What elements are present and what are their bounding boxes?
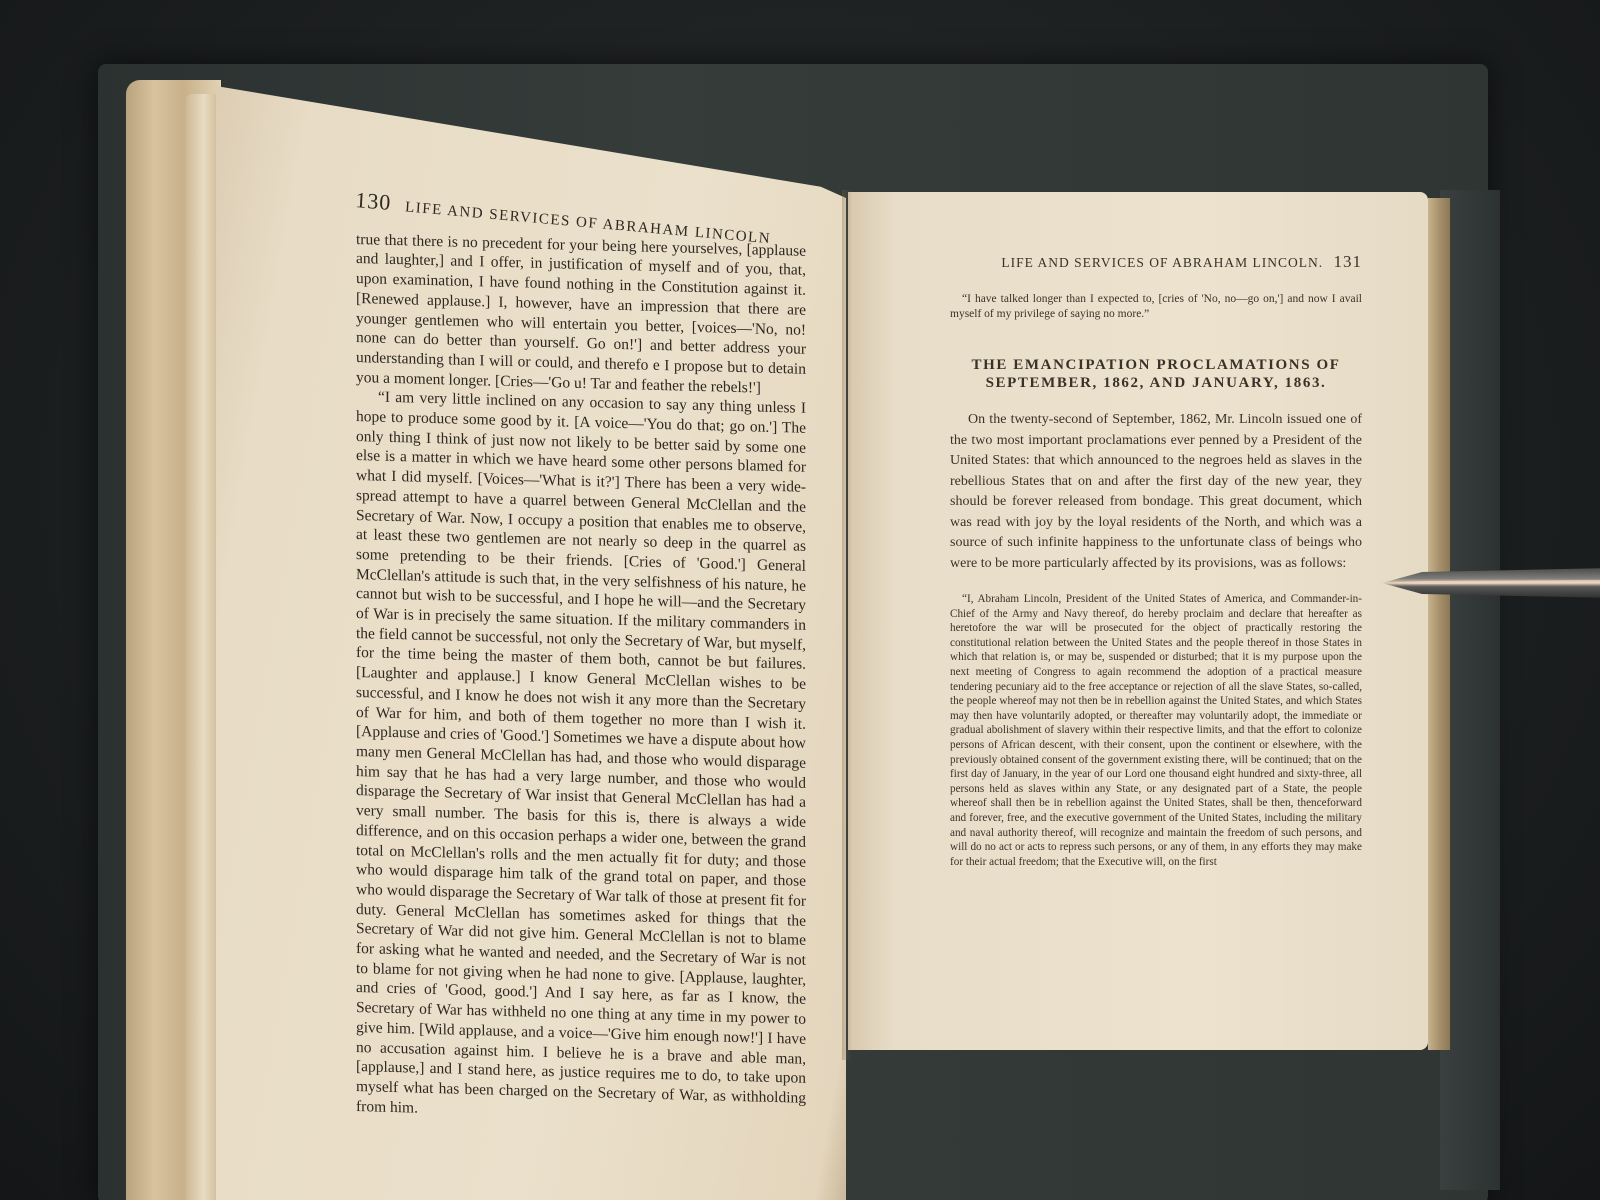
pen-icon: [1382, 566, 1600, 600]
page-edges-right: [1428, 198, 1450, 1050]
right-page-number: 131: [1334, 252, 1363, 271]
section-title-line: THE EMANCIPATION PROCLAMATIONS OF: [950, 356, 1362, 374]
section-title-line: SEPTEMBER, 1862, AND JANUARY, 1863.: [950, 374, 1362, 392]
book-gutter: [842, 190, 852, 1060]
proclamation-text: “I, Abraham Lincoln, President of the Un…: [950, 592, 1362, 869]
right-page-header: LIFE AND SERVICES OF ABRAHAM LINCOLN. 13…: [950, 252, 1362, 272]
left-page-number: 130: [355, 190, 392, 213]
right-running-head: LIFE AND SERVICES OF ABRAHAM LINCOLN.: [1001, 255, 1323, 270]
intro-paragraph: On the twenty-second of September, 1862,…: [950, 410, 1362, 574]
closing-quote: “I have talked longer than I expected to…: [950, 292, 1362, 322]
page-fold: [186, 94, 216, 1200]
left-page-body: true that there is no precedent for your…: [356, 230, 806, 1128]
left-paragraph: “I am very little inclined on any occasi…: [356, 387, 806, 1128]
left-page-text: 130 LIFE AND SERVICES OF ABRAHAM LINCOLN…: [356, 190, 806, 1128]
right-page-text: LIFE AND SERVICES OF ABRAHAM LINCOLN. 13…: [950, 252, 1362, 869]
left-paragraph: true that there is no precedent for your…: [356, 230, 806, 399]
section-title: THE EMANCIPATION PROCLAMATIONS OF SEPTEM…: [950, 356, 1362, 392]
